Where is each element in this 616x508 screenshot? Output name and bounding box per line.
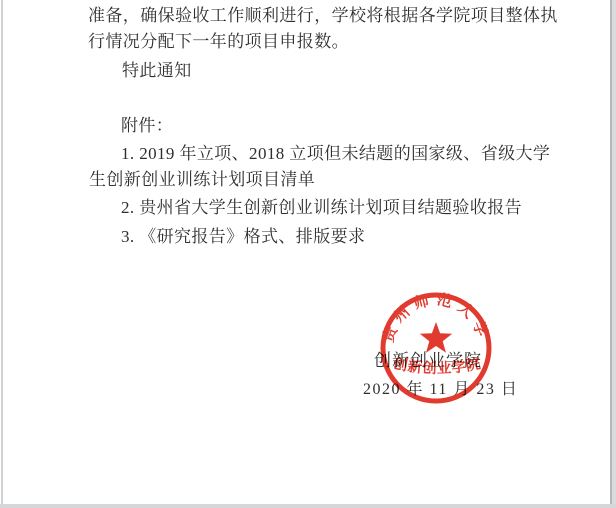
attachment-item-1-wrap: 生创新创业训练计划项目清单 — [89, 169, 315, 191]
page-edge-bottom — [0, 504, 616, 508]
page-edge-left — [1, 0, 3, 508]
page-edge-right — [610, 0, 616, 508]
attachment-item-2: 2. 贵州省大学生创新创业训练计划项目结题验收报告 — [121, 197, 522, 219]
document-page: 准备，确保验收工作顺利进行，学校将根据各学院项目整体执 行情况分配下一年的项目申… — [0, 0, 616, 508]
seal-bottom-arc-text: 创新创业学院 — [391, 354, 483, 377]
star-icon — [420, 322, 452, 353]
official-seal: 贵州师范大学 创新创业学院 — [368, 280, 512, 420]
body-line: 准备，确保验收工作顺利进行，学校将根据各学院项目整体执 — [88, 5, 558, 27]
attachment-item-1: 1. 2019 年立项、2018 立项但未结题的国家级、省级大学 — [121, 143, 550, 165]
attachment-item-3: 3. 《研究报告》格式、排版要求 — [121, 226, 365, 248]
body-line-notice-closing: 特此通知 — [122, 60, 192, 82]
body-line: 行情况分配下一年的项目申报数。 — [88, 31, 349, 53]
attachments-label: 附件： — [121, 115, 173, 137]
